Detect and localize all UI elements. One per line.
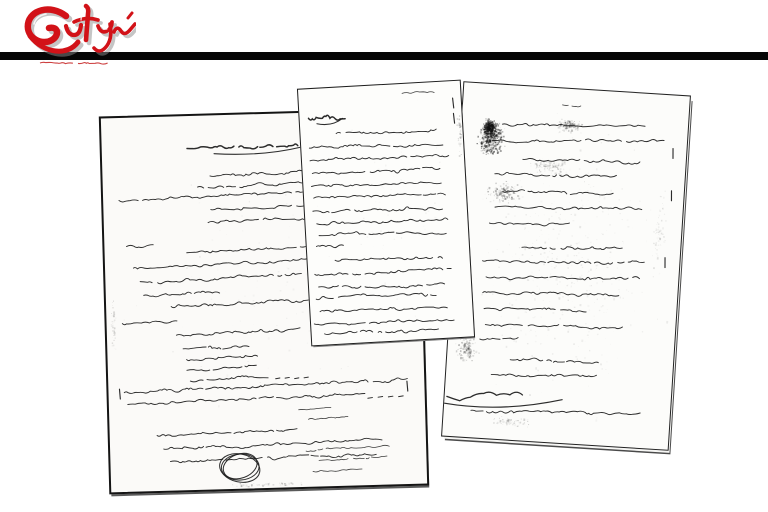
handwriting-ink-middle [298,81,474,346]
document-page-middle [297,80,475,347]
scanned-letters-collage [0,60,768,512]
masthead-logo-icon [16,2,136,72]
document-page-right [441,81,691,451]
scan-collage-canvas [0,0,768,512]
handwriting-ink-right [442,82,690,449]
logo-tagline-squiggle [40,62,108,64]
